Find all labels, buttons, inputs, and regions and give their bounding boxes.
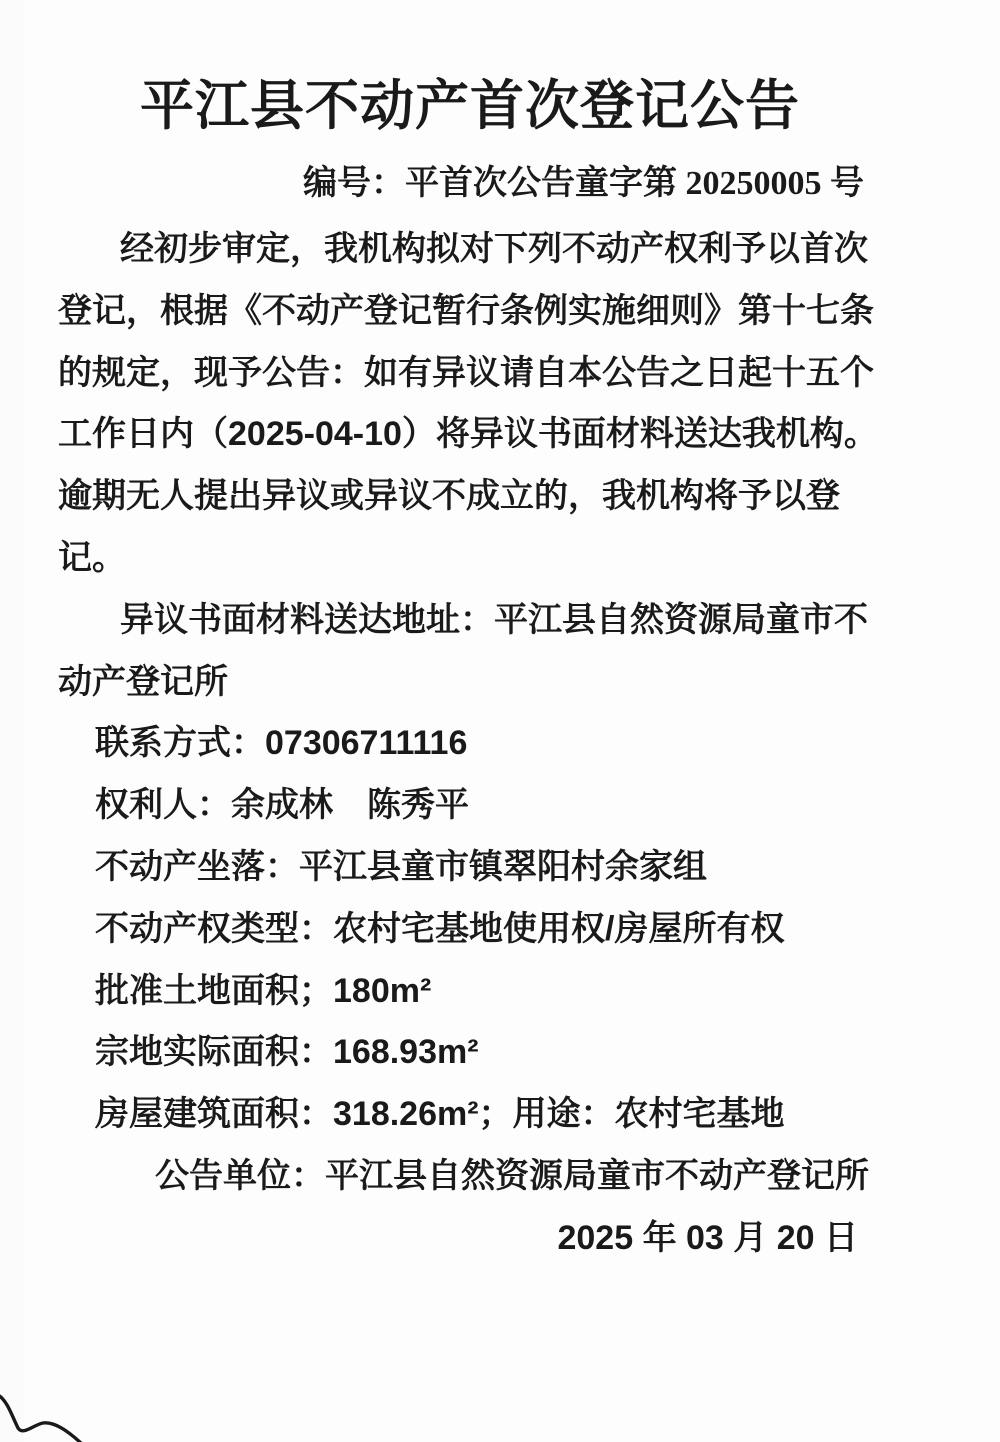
- intro-line-4: 工作日内（2025-04-10）将异议书面材料送达我机构。: [58, 404, 882, 466]
- date-line: 2025 年 03 月 20 日: [58, 1208, 882, 1270]
- detail-line-building-area: 房屋建筑面积：318.26m²；用途：农村宅基地: [58, 1084, 882, 1146]
- detail-line-right-holders: 权利人：余成林 陈秀平: [58, 775, 882, 837]
- address-line-2: 动产登记所: [58, 652, 882, 714]
- doc-number: 编号：平首次公告童字第 20250005 号: [58, 164, 882, 204]
- detail-line-parcel-area: 宗地实际面积：168.93m²: [58, 1022, 882, 1084]
- intro-line-2: 登记，根据《不动产登记暂行条例实施细则》第十七条: [58, 281, 882, 343]
- intro-line-5: 逾期无人提出异议或异议不成立的，我机构将予以登: [58, 466, 882, 528]
- detail-line-contact: 联系方式：07306711116: [58, 713, 882, 775]
- intro-line-1: 经初步审定，我机构拟对下列不动产权利予以首次: [58, 219, 882, 281]
- notice-page: 平江县不动产首次登记公告 编号：平首次公告童字第 20250005 号 经初步审…: [0, 0, 1000, 1442]
- detail-line-right-type: 不动产权类型：农村宅基地使用权/房屋所有权: [58, 899, 882, 961]
- pen-squiggle-mark: [0, 1386, 90, 1442]
- pen-squiggle-path: [0, 1395, 82, 1442]
- intro-line-6: 记。: [58, 528, 882, 590]
- detail-line-location: 不动产坐落：平江县童市镇翠阳村余家组: [58, 837, 882, 899]
- issuer-line: 公告单位：平江县自然资源局童市不动产登记所: [58, 1146, 882, 1208]
- notice-title: 平江县不动产首次登记公告: [0, 76, 970, 136]
- address-line-1: 异议书面材料送达地址：平江县自然资源局童市不: [58, 590, 882, 652]
- notice-body: 经初步审定，我机构拟对下列不动产权利予以首次 登记，根据《不动产登记暂行条例实施…: [58, 219, 882, 1270]
- intro-line-3: 的规定，现予公告：如有异议请自本公告之日起十五个: [58, 343, 882, 405]
- detail-line-approved-area: 批准土地面积；180m²: [58, 961, 882, 1023]
